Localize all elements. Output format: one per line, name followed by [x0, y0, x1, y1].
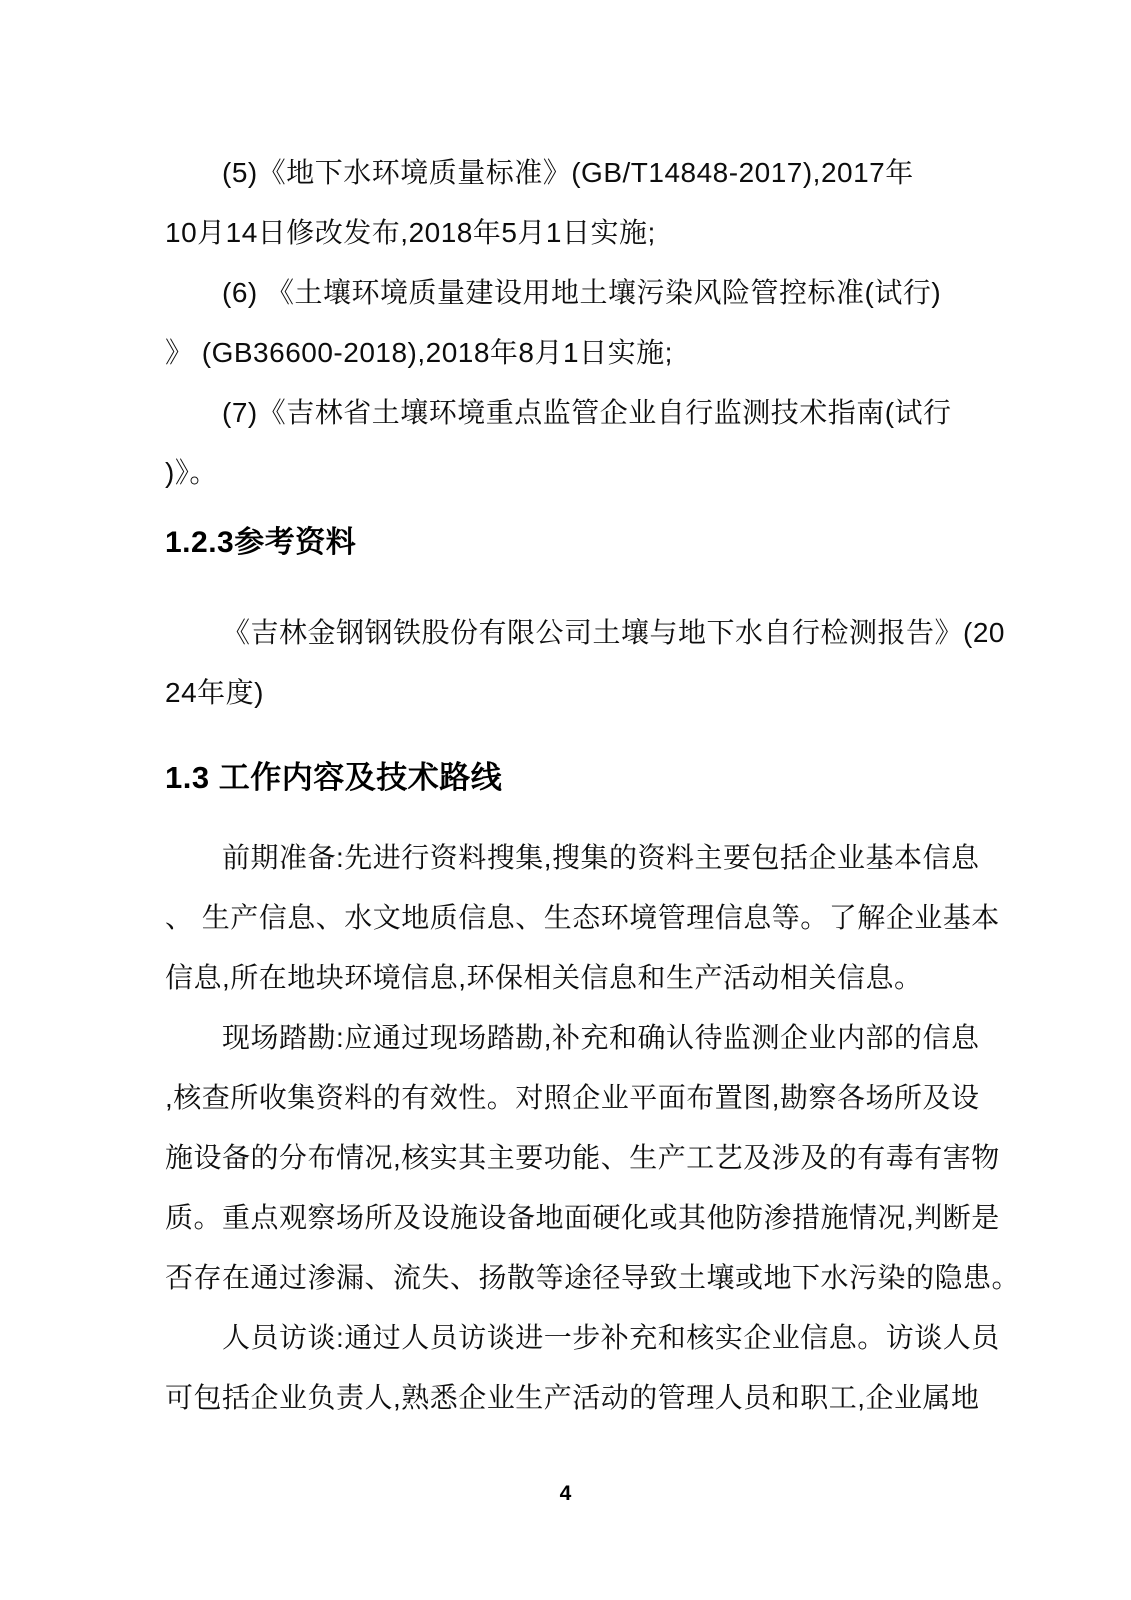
text-column: (5)《地下水环境质量标准》(GB/T14848-2017),2017年 10月… [165, 143, 957, 1428]
standard-item-5-line-1: (5)《地下水环境质量标准》(GB/T14848-2017),2017年 [165, 143, 957, 203]
reference-line-1: 《吉林金钢钢铁股份有限公司土壤与地下水自行检测报告》(20 [165, 603, 957, 663]
section-heading-1-3: 1.3 工作内容及技术路线 [165, 748, 957, 808]
para-site-survey-line-1: 现场踏勘:应通过现场踏勘,补充和确认待监测企业内部的信息 [165, 1008, 957, 1068]
reference-line-2: 24年度) [165, 663, 957, 723]
standard-item-6-line-2: 》 (GB36600-2018),2018年8月1日实施; [165, 323, 957, 383]
standard-item-6-line-1: (6) 《土壤环境质量建设用地土壤污染风险管控标准(试行) [165, 263, 957, 323]
para-site-survey-line-4: 质。重点观察场所及设施设备地面硬化或其他防渗措施情况,判断是 [165, 1188, 957, 1248]
document-page: (5)《地下水环境质量标准》(GB/T14848-2017),2017年 10月… [0, 0, 1131, 1600]
section-heading-1-2-3: 1.2.3参考资料 [165, 513, 957, 573]
para-site-survey-line-5: 否存在通过渗漏、流失、扬散等途径导致土壤或地下水污染的隐患。 [165, 1248, 957, 1308]
para-preparation-line-3: 信息,所在地块环境信息,环保相关信息和生产活动相关信息。 [165, 948, 957, 1008]
para-interview-line-2: 可包括企业负责人,熟悉企业生产活动的管理人员和职工,企业属地 [165, 1368, 957, 1428]
para-interview-line-1: 人员访谈:通过人员访谈进一步补充和核实企业信息。访谈人员 [165, 1308, 957, 1368]
para-preparation-line-2: 、 生产信息、水文地质信息、生态环境管理信息等。了解企业基本 [165, 888, 957, 948]
standard-item-7-line-2: )》。 [165, 443, 957, 503]
para-preparation-line-1: 前期准备:先进行资料搜集,搜集的资料主要包括企业基本信息 [165, 828, 957, 888]
page-number: 4 [0, 1482, 1131, 1506]
standard-item-7-line-1: (7)《吉林省土壤环境重点监管企业自行监测技术指南(试行 [165, 383, 957, 443]
standard-item-5-line-2: 10月14日修改发布,2018年5月1日实施; [165, 203, 957, 263]
para-site-survey-line-3: 施设备的分布情况,核实其主要功能、生产工艺及涉及的有毒有害物 [165, 1128, 957, 1188]
para-site-survey-line-2: ,核查所收集资料的有效性。对照企业平面布置图,勘察各场所及设 [165, 1068, 957, 1128]
